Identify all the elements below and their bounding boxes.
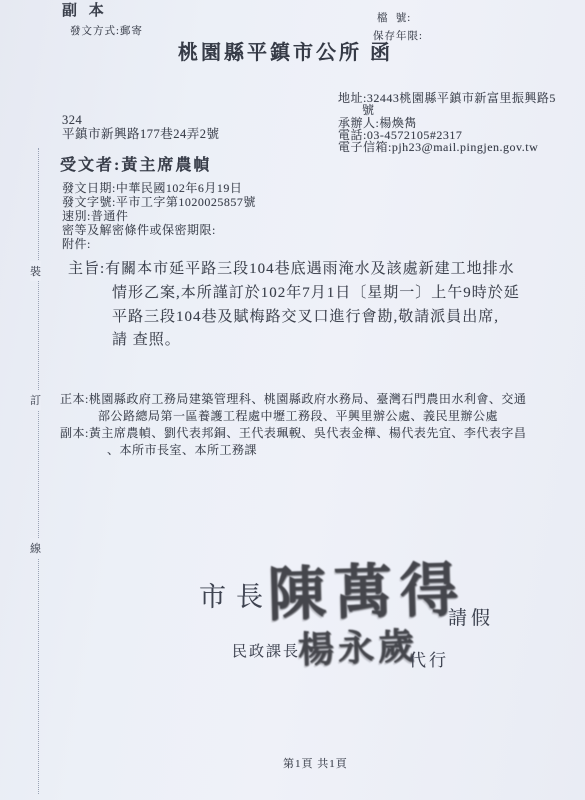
issue-date-line: 發文日期:中華民國102年6月19日 [62, 182, 242, 196]
copy-recipients-line-2: 、本所市長室、本所工務課 [107, 444, 257, 458]
binding-dotted-line [38, 148, 39, 794]
binding-marker-xian: 線 [30, 538, 41, 558]
original-recipients-line-2: 部公路總局第一區養護工程處中壢工務段、平興里辦公處、義民里辦公處 [98, 410, 498, 424]
leave-status: 請假 [448, 608, 494, 630]
sender-email: 電子信箱:pjh23@mail.pingjen.gov.tw [338, 141, 538, 155]
recipient-postal-code: 324 [62, 113, 82, 127]
page-footer: 第1頁 共1頁 [283, 758, 348, 771]
doc-number-line: 發文字號:平市工字第1020025857號 [62, 196, 256, 210]
recipient-line: 受文者:黃主席農幀 [60, 157, 211, 175]
priority-line: 速別:普通件 [62, 210, 128, 224]
binding-marker-zhuang: 裝 [30, 261, 41, 281]
attachment-line: 附件: [62, 238, 91, 252]
mayor-name-stamp: 陳萬得 [267, 557, 467, 629]
security-line: 密等及解密條件或保密期限: [62, 224, 216, 238]
copy-recipients-line-1: 副本:黃主席農幀、劉代表邦銅、王代表珮輗、吳代表金樺、楊代表先宜、李代表字昌 [60, 427, 526, 441]
subject-line-2: 情形乙案,本所謹訂於102年7月1日〔星期一〕上午9時於延 [112, 285, 520, 302]
recipient-address: 平鎮市新興路177巷24弄2號 [62, 127, 220, 141]
acting-status: 代行 [409, 651, 449, 671]
signature-title: 市長 [199, 582, 273, 613]
scanned-official-letter: 裝 訂 線 副 本 發文方式:郵寄 檔 號: 保存年限: 桃園縣平鎮市公所 函 … [0, 0, 585, 800]
subject-line-4: 請 查照。 [112, 332, 181, 349]
document-title: 桃園縣平鎮市公所 函 [178, 42, 393, 65]
binding-marker-ding: 訂 [30, 390, 41, 410]
deputy-title: 民政課長 [232, 644, 300, 661]
copy-marker: 副 本 [62, 3, 108, 20]
subject-line-1: 主旨:有關本市延平路三段104巷底遇雨淹水及該處新建工地排水 [68, 261, 515, 278]
file-number-label: 檔 號: [377, 13, 411, 25]
subject-line-3: 平路三段104巷及賦梅路交叉口進行會勘,敬請派員出席, [112, 309, 499, 326]
dispatch-method: 發文方式:郵寄 [70, 26, 143, 38]
original-recipients-line-1: 正本:桃園縣政府工務局建築管理科、桃園縣政府水務局、臺灣石門農田水利會、交通 [60, 393, 526, 407]
deputy-name-stamp: 楊永歲 [297, 626, 418, 672]
